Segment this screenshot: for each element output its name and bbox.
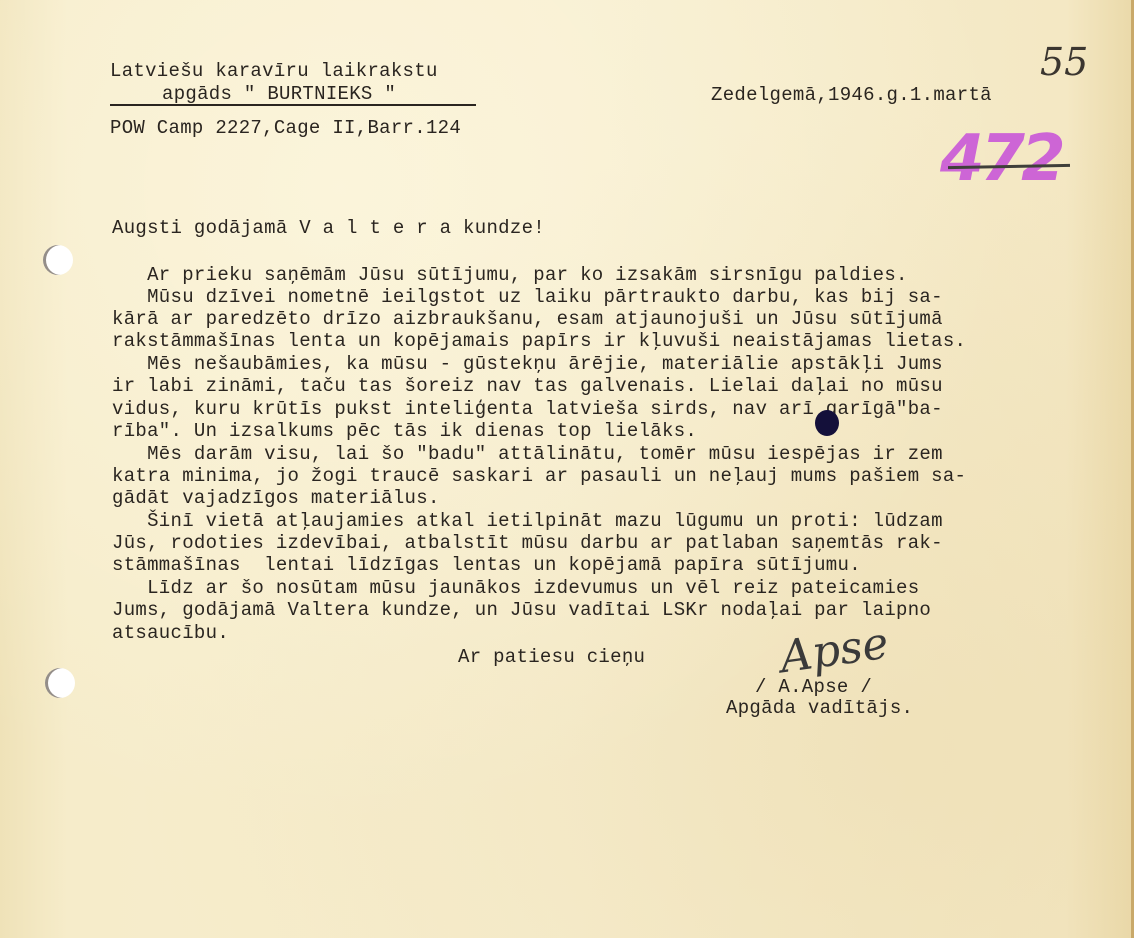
body-line: Šinī vietā atļaujamies atkal ietilpināt …	[112, 510, 943, 533]
ink-blot	[815, 410, 839, 436]
typed-signatory-name: / A.Apse /	[755, 676, 872, 699]
body-line: gādāt vajadzīgos materiālus.	[112, 487, 440, 510]
letterhead-line-1: Latviešu karavīru laikrakstu	[110, 60, 438, 83]
letterhead-underline	[110, 104, 476, 106]
body-line: Jums, godājamā Valtera kundze, un Jūsu v…	[112, 599, 931, 622]
body-line: kārā ar paredzēto drīzo aizbraukšanu, es…	[112, 308, 943, 331]
violet-archive-number: 472	[940, 122, 1062, 196]
body-line: Līdz ar šo nosūtam mūsu jaunākos izdevum…	[112, 577, 919, 600]
body-line: stāmmašīnas lentai līdzīgas lentas un ko…	[112, 554, 861, 577]
body-line: atsaucību.	[112, 622, 229, 645]
body-line: Mēs nešaubāmies, ka mūsu - gūstekņu ārēj…	[112, 353, 943, 376]
body-line: rakstāmmašīnas lenta un kopējamais papīr…	[112, 330, 966, 353]
punch-hole-top	[43, 245, 73, 275]
closing: Ar patiesu cieņu	[458, 646, 645, 669]
pencil-archive-number: 55	[1040, 40, 1088, 84]
dateline: Zedelgemā,1946.g.1.martā	[711, 84, 992, 107]
salutation: Augsti godājamā V a l t e r a kundze!	[112, 217, 545, 240]
body-line: katra minima, jo žogi traucē saskari ar …	[112, 465, 966, 488]
body-line: Mēs darām visu, lai šo "badu" attālinātu…	[112, 443, 943, 466]
body-line: Ar prieku saņēmām Jūsu sūtījumu, par ko …	[112, 264, 908, 287]
body-line: rība". Un izsalkums pēc tās ik dienas to…	[112, 420, 697, 443]
signatory-title: Apgāda vadītājs.	[726, 697, 913, 720]
body-line: Jūs, rodoties izdevībai, atbalstīt mūsu …	[112, 532, 943, 555]
letterhead-address: POW Camp 2227,Cage II,Barr.124	[110, 117, 461, 140]
punch-hole-bottom	[45, 668, 75, 698]
body-line: Mūsu dzīvei nometnē ieilgstot uz laiku p…	[112, 286, 943, 309]
body-line: ir labi zināmi, taču tas šoreiz nav tas …	[112, 375, 943, 398]
letterhead-line-2: apgāds " BURTNIEKS "	[162, 83, 396, 106]
